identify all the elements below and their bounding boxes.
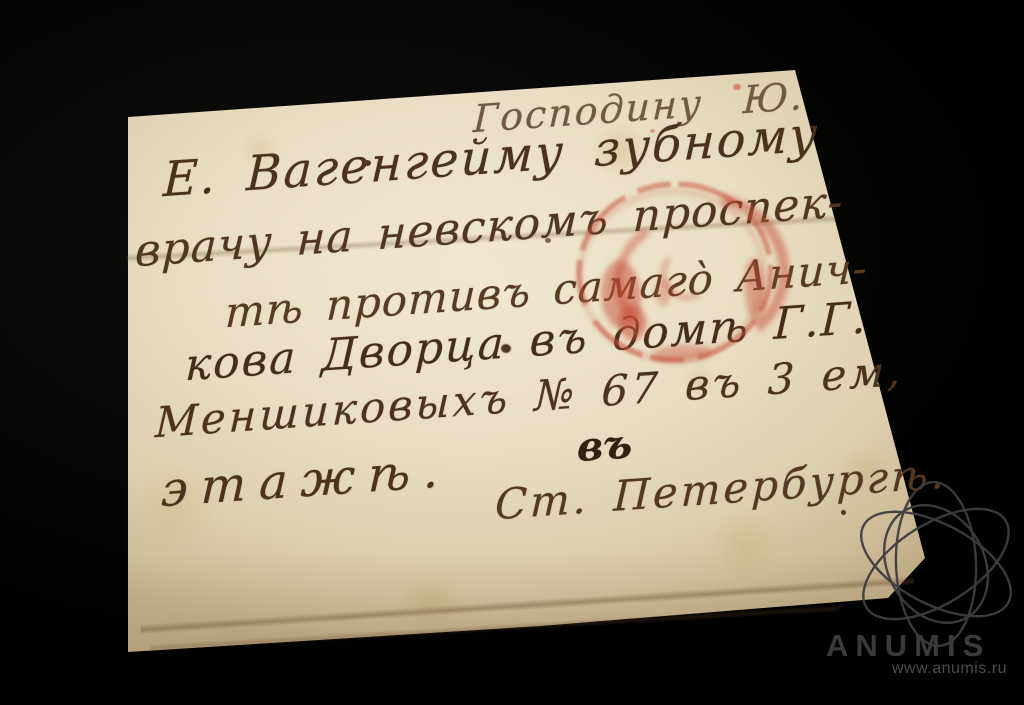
address-line-insert: въ (576, 420, 633, 471)
watermark-url: www.anumis.ru (892, 660, 1007, 678)
anumis-logo-icon (828, 476, 1024, 651)
ink-speck (501, 344, 511, 353)
ink-speck (364, 160, 371, 166)
red-ink-dot (733, 84, 741, 90)
watermark-brand: ANUMIS (826, 628, 990, 664)
ink-speck (545, 238, 551, 243)
red-ink-dot (650, 129, 655, 133)
red-postmark-stamp-icon (553, 166, 798, 383)
photo-canvas: Господину Ю. Е. Вагенгейму зубному врачу… (0, 0, 1024, 705)
